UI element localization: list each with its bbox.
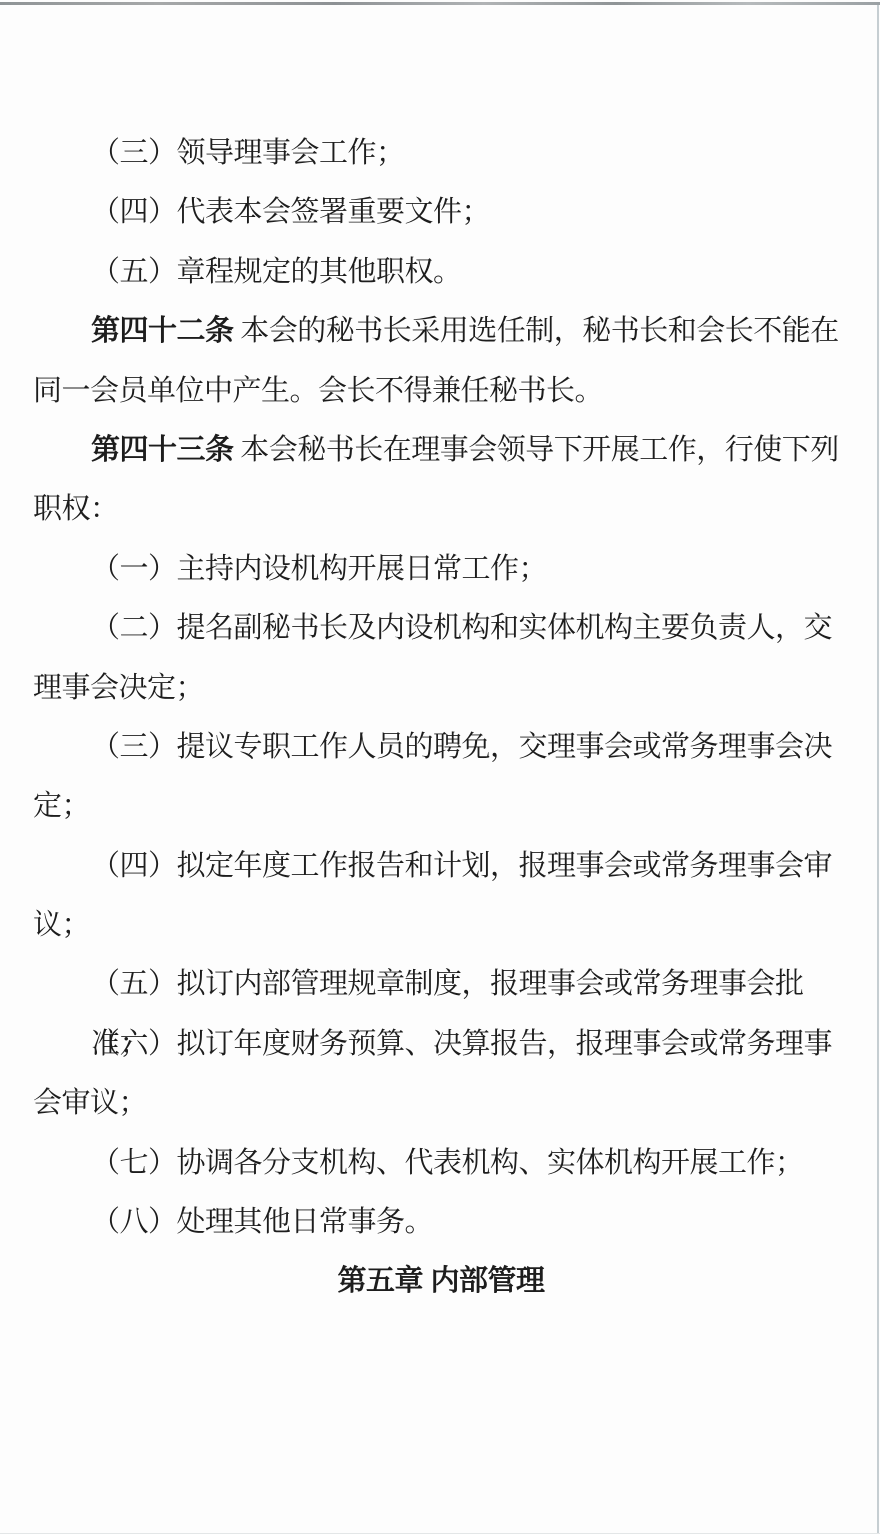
text-line: 第四十二条 本会的秘书长采用选任制，秘书长和会长不能在 — [33, 302, 849, 361]
text-line: 会审议； — [33, 1074, 849, 1133]
text-line: （二）提名副秘书长及内设机构和实体机构主要负责人，交 — [33, 599, 849, 658]
text-line: （四）拟定年度工作报告和计划，报理事会或常务理事会审 — [33, 837, 849, 896]
text-line: （五）章程规定的其他职权。 — [33, 243, 849, 302]
chapter-heading: 第五章 内部管理 — [33, 1252, 849, 1311]
bold-run: 第四十二条 — [91, 315, 234, 347]
text-line: （三）提议专职工作人员的聘免，交理事会或常务理事会决 — [33, 718, 849, 777]
text-line: 同一会员单位中产生。会长不得兼任秘书长。 — [33, 362, 849, 421]
text-line: 职权： — [33, 480, 849, 539]
text-line: （一）主持内设机构开展日常工作； — [33, 540, 849, 599]
text-line: 第四十三条 本会秘书长在理事会领导下开展工作，行使下列 — [33, 421, 849, 480]
text-line: 理事会决定； — [33, 659, 849, 718]
text-line: （三）领导理事会工作； — [33, 124, 849, 183]
text-line: （五）拟订内部管理规章制度，报理事会或常务理事会批准； — [33, 955, 849, 1014]
text-line: （七）协调各分支机构、代表机构、实体机构开展工作； — [33, 1134, 849, 1193]
text-line: （四）代表本会签署重要文件； — [33, 183, 849, 242]
text-line: （八）处理其他日常事务。 — [33, 1193, 849, 1252]
chapter-heading-bold: 第五章 内部管理 — [337, 1265, 544, 1297]
text-block: （三）领导理事会工作；（四）代表本会签署重要文件；（五）章程规定的其他职权。第四… — [33, 124, 849, 1312]
text-line: 定； — [33, 777, 849, 836]
scan-right-edge-line — [877, 5, 879, 1534]
bold-run: 第四十三条 — [91, 434, 234, 466]
document-page: （三）领导理事会工作；（四）代表本会签署重要文件；（五）章程规定的其他职权。第四… — [0, 0, 880, 1534]
scan-top-edge-line — [0, 2, 880, 5]
text-line: （六）拟订年度财务预算、决算报告，报理事会或常务理事 — [33, 1015, 849, 1074]
text-line: 议； — [33, 896, 849, 955]
